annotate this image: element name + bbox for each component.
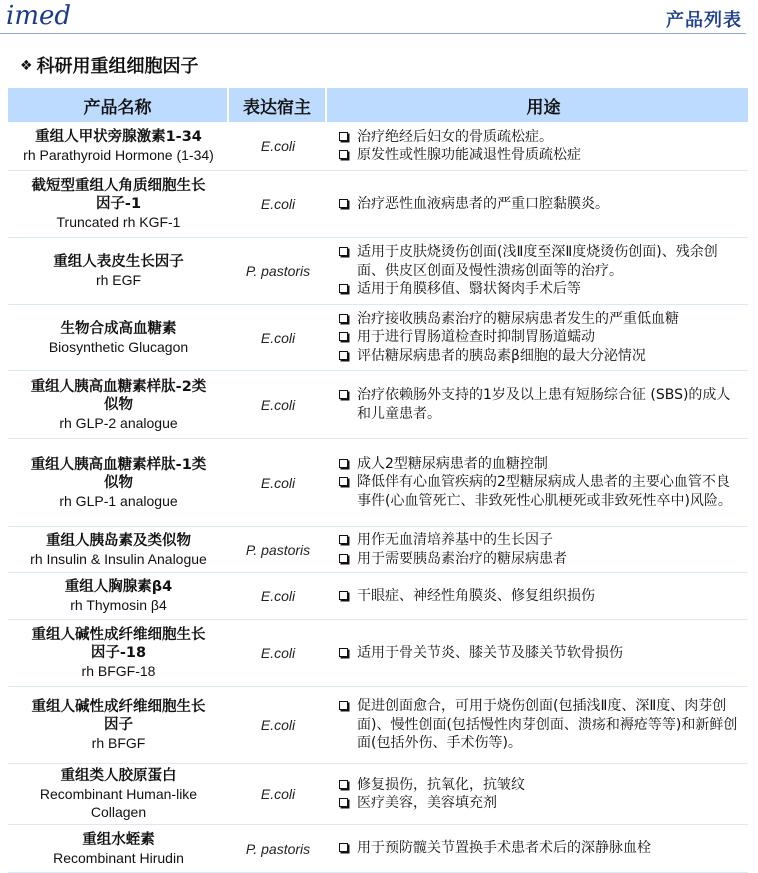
checkbox-bullet-icon: [339, 332, 348, 341]
expression-host: E.coli: [261, 786, 295, 802]
product-name-cn: 重组人表皮生长因子: [53, 253, 184, 271]
column-header-host: 表达宿主: [229, 88, 325, 122]
checkbox-bullet-icon: [339, 843, 348, 852]
usage-item: 促进创面愈合，可用于烧伤创面(包插浅Ⅱ度、深Ⅱ度、肉芽创面)、慢性创面(包括慢性…: [339, 697, 748, 753]
product-name-en: Recombinant Hirudin: [53, 849, 184, 867]
checkbox-bullet-icon: [339, 284, 348, 293]
checkbox-bullet-icon: [339, 591, 348, 600]
product-name-cn: 重组人胰岛素及类似物: [46, 532, 191, 550]
usage-cell: 适用于骨关节炎、膝关节及膝关节软骨损伤: [327, 620, 748, 686]
usage-item: 适用于角膜移值、翳状胬肉手术后等: [339, 280, 748, 299]
product-name-cn: 重组人碱性成纤维细胞生长: [32, 698, 206, 716]
usage-text: 医疗美容，美容填充剂: [357, 794, 748, 813]
product-name-en: rh EGF: [96, 271, 141, 289]
product-name-cn: 重组水蛭素: [82, 831, 155, 849]
section-title: ❖科研用重组细胞因子: [20, 52, 199, 78]
product-name-en: rh BFGF-18: [82, 662, 156, 680]
product-name-cell: 重组人碱性成纤维细胞生长因子-18rh BFGF-18: [8, 620, 229, 686]
table-row: 重组人碱性成纤维细胞生长因子rh BFGFE.coli促进创面愈合，可用于烧伤创…: [8, 687, 748, 764]
usage-cell: 成人2型糖尿病患者的血糖控制降低伴有心血管疾病的2型糖尿病成人患者的主要心血管不…: [327, 439, 748, 526]
page-title: 产品列表: [666, 6, 742, 32]
usage-item: 治疗绝经后妇女的骨质疏松症。: [339, 128, 748, 147]
product-name-cn: 重组人碱性成纤维细胞生长: [32, 626, 206, 644]
checkbox-bullet-icon: [339, 648, 348, 657]
product-name-cell: 重组人表皮生长因子rh EGF: [8, 238, 229, 304]
usage-text: 适用于皮肤烧烫伤创面(浅Ⅱ度至深Ⅱ度烧烫伤创面)、残余创面、供皮区创面及慢性溃疡…: [357, 243, 748, 280]
product-name-en: rh GLP-2 analogue: [59, 414, 177, 432]
host-cell: E.coli: [229, 439, 327, 526]
product-name-en: rh Parathyroid Hormone (1-34): [23, 146, 214, 164]
usage-text: 评估糖尿病患者的胰岛素β细胞的最大分泌情况: [357, 347, 748, 366]
table-row: 生物合成高血糖素Biosynthetic GlucagonE.coli治疗接收胰…: [8, 305, 748, 371]
checkbox-bullet-icon: [339, 701, 348, 710]
product-name-cell: 生物合成高血糖素Biosynthetic Glucagon: [8, 305, 229, 370]
usage-cell: 促进创面愈合，可用于烧伤创面(包插浅Ⅱ度、深Ⅱ度、肉芽创面)、慢性创面(包括慢性…: [327, 687, 748, 763]
product-name-cell: 重组人胰高血糖素样肽-1类似物rh GLP-1 analogue: [8, 439, 229, 526]
product-name-en: rh GLP-1 analogue: [59, 492, 177, 510]
usage-item: 用于预防髋关节置换手术患者术后的深静脉血栓: [339, 839, 748, 858]
product-name-en: Biosynthetic Glucagon: [49, 338, 188, 356]
product-table: 产品名称 表达宿主 用途 重组人甲状旁腺激素1-34rh Parathyroid…: [8, 88, 748, 873]
table-body: 重组人甲状旁腺激素1-34rh Parathyroid Hormone (1-3…: [8, 122, 748, 873]
imed-logo: imed: [6, 0, 71, 32]
host-cell: P. pastoris: [229, 825, 327, 872]
product-name-cell: 重组人胰岛素及类似物rh Insulin & Insulin Analogue: [8, 527, 229, 572]
product-name-cn: 因子: [104, 716, 133, 734]
table-row: 重组人表皮生长因子rh EGFP. pastoris适用于皮肤烧烫伤创面(浅Ⅱ度…: [8, 238, 748, 305]
product-name-cn: 因子-1: [96, 195, 141, 213]
checkbox-bullet-icon: [339, 780, 348, 789]
checkbox-bullet-icon: [339, 798, 348, 807]
usage-item: 适用于皮肤烧烫伤创面(浅Ⅱ度至深Ⅱ度烧烫伤创面)、残余创面、供皮区创面及慢性溃疡…: [339, 243, 748, 280]
usage-text: 修复损伤，抗氧化，抗皱纹: [357, 776, 748, 795]
checkbox-bullet-icon: [339, 459, 348, 468]
usage-text: 原发性或性腺功能减退性骨质疏松症: [357, 146, 748, 165]
section-title-text: 科研用重组细胞因子: [37, 56, 199, 77]
usage-text: 干眼症、神经性角膜炎、修复组织损伤: [357, 587, 748, 606]
product-name-cn: 因子-18: [91, 644, 146, 662]
table-row: 重组人胰高血糖素样肽-2类似物rh GLP-2 analogueE.coli治疗…: [8, 371, 748, 439]
usage-text: 用于进行胃肠道检查时抑制胃肠道蠕动: [357, 328, 748, 347]
logo-text: imed: [6, 1, 71, 31]
usage-cell: 治疗依赖肠外支持的1岁及以上患有短肠综合征 (SBS)的成人和儿童患者。: [327, 371, 748, 438]
checkbox-bullet-icon: [339, 535, 348, 544]
usage-text: 用作无血清培养基中的生长因子: [357, 531, 748, 550]
host-cell: P. pastoris: [229, 527, 327, 572]
product-name-cell: 重组人胸腺素β4rh Thymosin β4: [8, 573, 229, 619]
usage-item: 成人2型糖尿病患者的血糖控制: [339, 455, 748, 474]
table-row: 重组人胸腺素β4rh Thymosin β4E.coli干眼症、神经性角膜炎、修…: [8, 573, 748, 620]
column-header-usage: 用途: [327, 88, 748, 122]
table-row: 截短型重组人角质细胞生长因子-1Truncated rh KGF-1E.coli…: [8, 171, 748, 238]
host-cell: E.coli: [229, 764, 327, 824]
usage-cell: 干眼症、神经性角膜炎、修复组织损伤: [327, 573, 748, 619]
product-name-en: Collagen: [91, 803, 146, 821]
checkbox-bullet-icon: [339, 351, 348, 360]
product-name-cell: 重组人甲状旁腺激素1-34rh Parathyroid Hormone (1-3…: [8, 122, 229, 170]
usage-item: 用作无血清培养基中的生长因子: [339, 531, 748, 550]
host-cell: E.coli: [229, 620, 327, 686]
expression-host: E.coli: [261, 196, 295, 212]
usage-text: 促进创面愈合，可用于烧伤创面(包插浅Ⅱ度、深Ⅱ度、肉芽创面)、慢性创面(包括慢性…: [357, 697, 748, 753]
table-row: 重组人碱性成纤维细胞生长因子-18rh BFGF-18E.coli适用于骨关节炎…: [8, 620, 748, 687]
usage-text: 治疗恶性血液病患者的严重口腔黏膜炎。: [357, 195, 748, 214]
usage-cell: 修复损伤，抗氧化，抗皱纹医疗美容，美容填充剂: [327, 764, 748, 824]
product-name-cell: 重组水蛭素Recombinant Hirudin: [8, 825, 229, 872]
usage-text: 治疗接收胰岛素治疗的糖尿病患者发生的严重低血糖: [357, 310, 748, 329]
host-cell: E.coli: [229, 687, 327, 763]
usage-text: 适用于角膜移值、翳状胬肉手术后等: [357, 280, 748, 299]
usage-cell: 治疗恶性血液病患者的严重口腔黏膜炎。: [327, 171, 748, 237]
usage-item: 降低伴有心血管疾病的2型糖尿病成人患者的主要心血管不良事件(心血管死亡、非致死性…: [339, 473, 748, 510]
expression-host: E.coli: [261, 138, 295, 154]
usage-cell: 治疗绝经后妇女的骨质疏松症。原发性或性腺功能减退性骨质疏松症: [327, 122, 748, 170]
usage-item: 干眼症、神经性角膜炎、修复组织损伤: [339, 587, 748, 606]
usage-item: 医疗美容，美容填充剂: [339, 794, 748, 813]
checkbox-bullet-icon: [339, 150, 348, 159]
usage-item: 适用于骨关节炎、膝关节及膝关节软骨损伤: [339, 644, 748, 663]
product-name-cn: 生物合成高血糖素: [61, 320, 177, 338]
expression-host: P. pastoris: [246, 542, 310, 558]
usage-text: 用于需要胰岛素治疗的糖尿病患者: [357, 550, 748, 569]
usage-item: 治疗恶性血液病患者的严重口腔黏膜炎。: [339, 195, 748, 214]
usage-text: 适用于骨关节炎、膝关节及膝关节软骨损伤: [357, 644, 748, 663]
checkbox-bullet-icon: [339, 314, 348, 323]
usage-item: 修复损伤，抗氧化，抗皱纹: [339, 776, 748, 795]
usage-text: 治疗依赖肠外支持的1岁及以上患有短肠综合征 (SBS)的成人和儿童患者。: [357, 386, 748, 423]
host-cell: E.coli: [229, 171, 327, 237]
host-cell: P. pastoris: [229, 238, 327, 304]
checkbox-bullet-icon: [339, 390, 348, 399]
checkbox-bullet-icon: [339, 132, 348, 141]
host-cell: E.coli: [229, 371, 327, 438]
product-name-cn: 重组人甲状旁腺激素1-34: [35, 128, 202, 146]
product-name-cell: 截短型重组人角质细胞生长因子-1Truncated rh KGF-1: [8, 171, 229, 237]
product-name-en: rh BFGF: [92, 734, 146, 752]
usage-cell: 用作无血清培养基中的生长因子用于需要胰岛素治疗的糖尿病患者: [327, 527, 748, 572]
product-name-cn: 重组人胰高血糖素样肽-1类: [31, 456, 207, 474]
host-cell: E.coli: [229, 573, 327, 619]
expression-host: P. pastoris: [246, 841, 310, 857]
page-header: imed 产品列表: [0, 0, 758, 35]
product-name-cn: 重组人胰高血糖素样肽-2类: [31, 378, 207, 396]
product-name-en: rh Thymosin β4: [70, 596, 167, 614]
table-row: 重组人甲状旁腺激素1-34rh Parathyroid Hormone (1-3…: [8, 122, 748, 171]
usage-item: 原发性或性腺功能减退性骨质疏松症: [339, 146, 748, 165]
usage-text: 治疗绝经后妇女的骨质疏松症。: [357, 128, 748, 147]
expression-host: P. pastoris: [246, 263, 310, 279]
expression-host: E.coli: [261, 475, 295, 491]
product-name-cn: 截短型重组人角质细胞生长: [32, 177, 206, 195]
expression-host: E.coli: [261, 397, 295, 413]
usage-cell: 用于预防髋关节置换手术患者术后的深静脉血栓: [327, 825, 748, 872]
expression-host: E.coli: [261, 330, 295, 346]
table-header: 产品名称 表达宿主 用途: [8, 88, 748, 122]
diamond-bullet-icon: ❖: [20, 58, 33, 74]
expression-host: E.coli: [261, 645, 295, 661]
product-name-cn: 似物: [104, 474, 133, 492]
product-name-cn: 似物: [104, 396, 133, 414]
product-name-cell: 重组人碱性成纤维细胞生长因子rh BFGF: [8, 687, 229, 763]
product-name-cn: 重组类人胶原蛋白: [61, 767, 177, 785]
usage-cell: 治疗接收胰岛素治疗的糖尿病患者发生的严重低血糖用于进行胃肠道检查时抑制胃肠道蠕动…: [327, 305, 748, 370]
checkbox-bullet-icon: [339, 477, 348, 486]
checkbox-bullet-icon: [339, 554, 348, 563]
table-row: 重组水蛭素Recombinant HirudinP. pastoris用于预防髋…: [8, 825, 748, 873]
checkbox-bullet-icon: [339, 199, 348, 208]
usage-item: 治疗依赖肠外支持的1岁及以上患有短肠综合征 (SBS)的成人和儿童患者。: [339, 386, 748, 423]
table-row: 重组人胰高血糖素样肽-1类似物rh GLP-1 analogueE.coli成人…: [8, 439, 748, 527]
product-name-en: Truncated rh KGF-1: [57, 213, 181, 231]
product-name-cell: 重组人胰高血糖素样肽-2类似物rh GLP-2 analogue: [8, 371, 229, 438]
usage-item: 治疗接收胰岛素治疗的糖尿病患者发生的严重低血糖: [339, 310, 748, 329]
header-divider: [0, 33, 746, 34]
usage-text: 用于预防髋关节置换手术患者术后的深静脉血栓: [357, 839, 748, 858]
column-header-product-name: 产品名称: [8, 88, 227, 122]
table-row: 重组类人胶原蛋白Recombinant Human-likeCollagenE.…: [8, 764, 748, 825]
table-row: 重组人胰岛素及类似物rh Insulin & Insulin AnalogueP…: [8, 527, 748, 573]
usage-item: 评估糖尿病患者的胰岛素β细胞的最大分泌情况: [339, 347, 748, 366]
checkbox-bullet-icon: [339, 247, 348, 256]
product-name-cn: 重组人胸腺素β4: [65, 578, 172, 596]
usage-item: 用于需要胰岛素治疗的糖尿病患者: [339, 550, 748, 569]
expression-host: E.coli: [261, 588, 295, 604]
expression-host: E.coli: [261, 717, 295, 733]
usage-item: 用于进行胃肠道检查时抑制胃肠道蠕动: [339, 328, 748, 347]
usage-text: 成人2型糖尿病患者的血糖控制: [357, 455, 748, 474]
usage-text: 降低伴有心血管疾病的2型糖尿病成人患者的主要心血管不良事件(心血管死亡、非致死性…: [357, 473, 748, 510]
host-cell: E.coli: [229, 122, 327, 170]
host-cell: E.coli: [229, 305, 327, 370]
product-name-en: rh Insulin & Insulin Analogue: [30, 550, 207, 568]
product-name-en: Recombinant Human-like: [40, 785, 197, 803]
product-name-cell: 重组类人胶原蛋白Recombinant Human-likeCollagen: [8, 764, 229, 824]
usage-cell: 适用于皮肤烧烫伤创面(浅Ⅱ度至深Ⅱ度烧烫伤创面)、残余创面、供皮区创面及慢性溃疡…: [327, 238, 748, 304]
